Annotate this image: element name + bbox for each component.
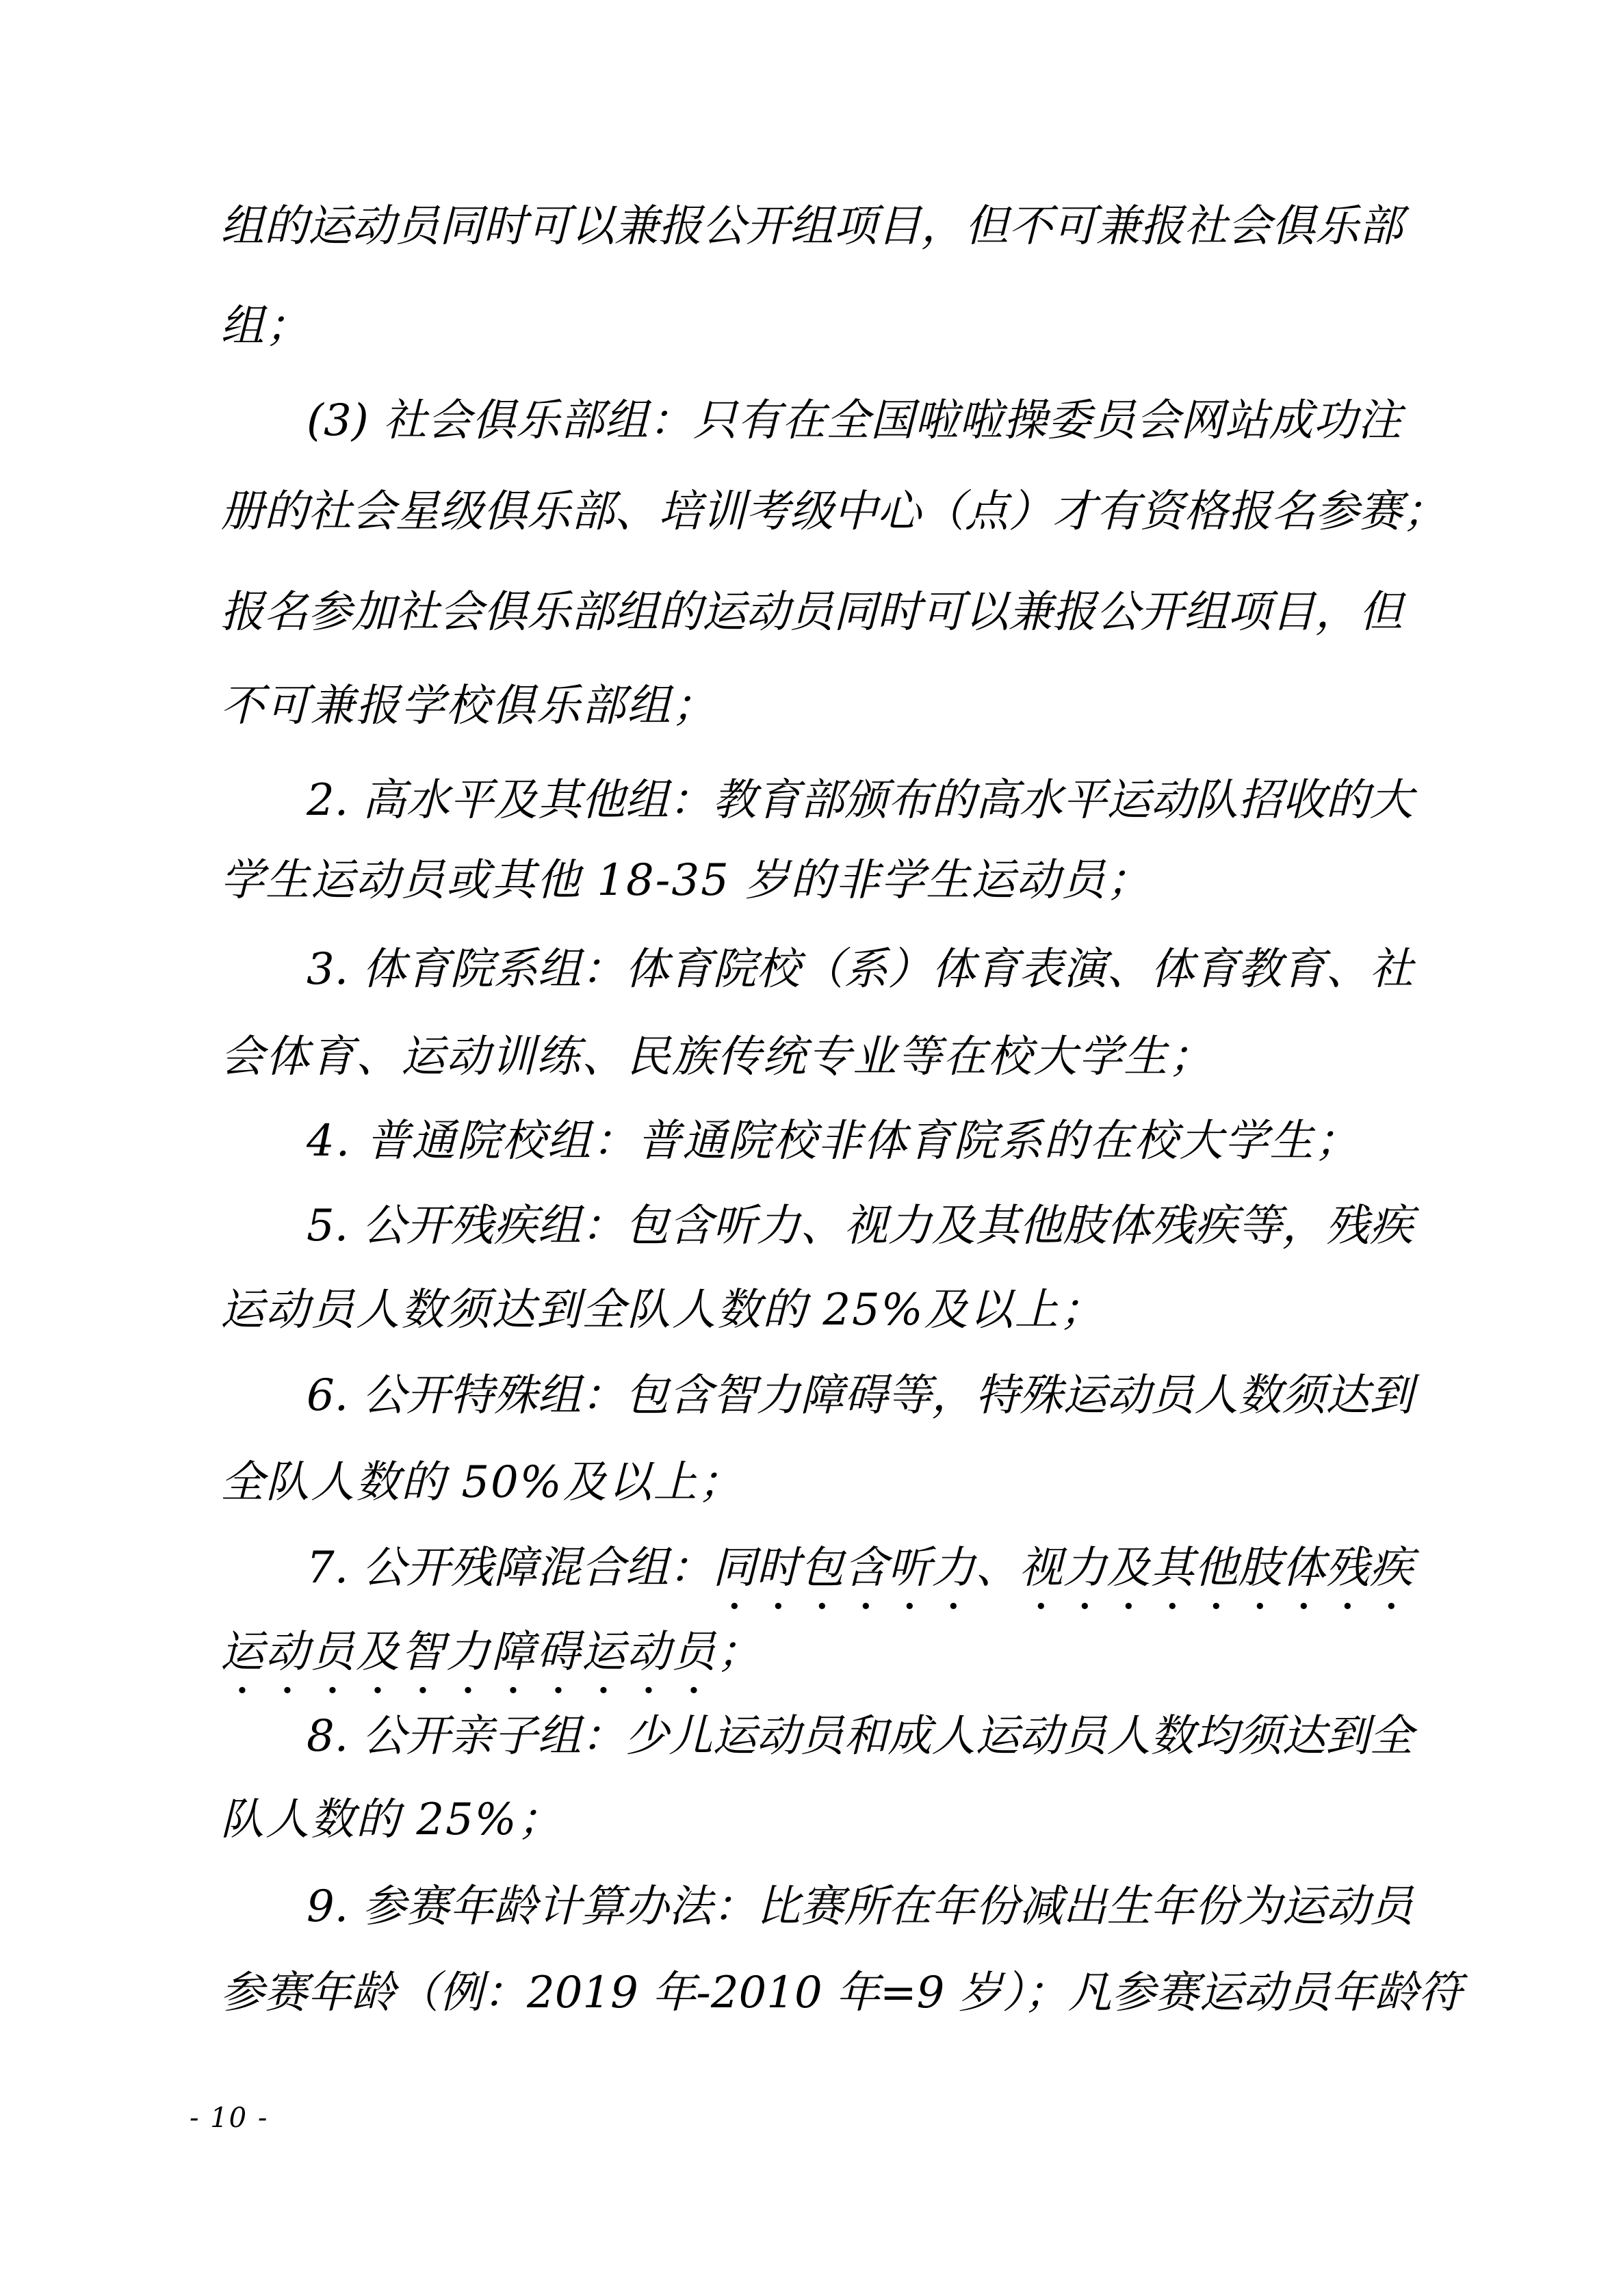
text-segment: 组； (220, 301, 311, 352)
text-segment: 8. 公开亲子组：少儿运动员和成人运动员人数均须达到全 (307, 1711, 1413, 1762)
text-segment: 全队人数的 50%及以上； (220, 1457, 744, 1508)
text-segment: 3. 体育院系组：体育院校（系）体育表演、体育教育、社 (307, 944, 1413, 995)
text-line: 8. 公开亲子组：少儿运动员和成人运动员人数均须达到全 (220, 1692, 1401, 1781)
text-segment: 会体育、运动训练、民族传统专业等在校大学生； (220, 1032, 1214, 1082)
text-segment: 参赛年龄（例：2019 年-2010 年=9 岁）；凡参赛运动员年龄符 (220, 1968, 1462, 2018)
text-segment: 2. 高水平及其他组：教育部颁布的高水平运动队招收的大 (307, 775, 1413, 826)
text-line: 不可兼报学校俱乐部组； (220, 662, 1401, 751)
text-segment: 运动员人数须达到全队人数的 25%及以上； (220, 1285, 1105, 1335)
text-line: 7. 公开残障混合组：同时包含听力、视力及其他肢体残疾 (220, 1524, 1401, 1613)
text-line: 全队人数的 50%及以上； (220, 1438, 1401, 1527)
text-line: 4. 普通院校组：普通院校非体育院系的在校大学生； (220, 1097, 1401, 1186)
text-segment: 学生运动员或其他 18-35 岁的非学生运动员； (220, 855, 1152, 906)
text-line: (3) 社会俱乐部组：只有在全国啦啦操委员会网站成功注 (220, 376, 1401, 465)
text-segment: 4. 普通院校组：普通院校非体育院系的在校大学生； (307, 1116, 1360, 1166)
text-segment: 6. 公开特殊组：包含智力障碍等，特殊运动员人数须达到 (307, 1370, 1413, 1421)
document-page: 组的运动员同时可以兼报公开组项目，但不可兼报社会俱乐部组；(3) 社会俱乐部组：… (0, 0, 1621, 2296)
text-line: 组； (220, 282, 1401, 371)
text-segment: 队人数的 25%； (220, 1795, 563, 1845)
text-segment: 不可兼报学校俱乐部组； (220, 681, 717, 731)
emphasized-text-segment: 运动员及智力障碍运动员 (220, 1627, 717, 1678)
text-segment: ； (717, 1627, 762, 1678)
text-segment: 册的社会星级俱乐部、培训考级中心（点）才有资格报名参赛； (220, 486, 1447, 537)
text-segment: 5. 公开残疾组：包含听力、视力及其他肢体残疾等，残疾 (307, 1201, 1413, 1251)
text-line: 队人数的 25%； (220, 1775, 1401, 1864)
text-line: 运动员人数须达到全队人数的 25%及以上； (220, 1266, 1401, 1355)
text-segment: 9. 参赛年龄计算办法：比赛所在年份减出生年份为运动员 (307, 1881, 1413, 1932)
text-segment: 7. 公开残障混合组： (307, 1543, 712, 1593)
text-line: 9. 参赛年龄计算办法：比赛所在年份减出生年份为运动员 (220, 1862, 1401, 1951)
text-line: 2. 高水平及其他组：教育部颁布的高水平运动队招收的大 (220, 756, 1401, 845)
text-line: 册的社会星级俱乐部、培训考级中心（点）才有资格报名参赛； (220, 467, 1401, 556)
text-line: 3. 体育院系组：体育院校（系）体育表演、体育教育、社 (220, 925, 1401, 1014)
document-body: 组的运动员同时可以兼报公开组项目，但不可兼报社会俱乐部组；(3) 社会俱乐部组：… (0, 0, 1621, 2296)
text-line: 会体育、运动训练、民族传统专业等在校大学生； (220, 1013, 1401, 1101)
page-number-footer: - 10 - (190, 2098, 268, 2139)
text-segment: 组的运动员同时可以兼报公开组项目，但不可兼报社会俱乐部 (220, 201, 1403, 252)
emphasized-text-segment: 同时包含听力、视力及其他肢体残疾 (712, 1543, 1413, 1593)
text-line: 6. 公开特殊组：包含智力障碍等，特殊运动员人数须达到 (220, 1351, 1401, 1440)
text-line: 5. 公开残疾组：包含听力、视力及其他肢体残疾等，残疾 (220, 1182, 1401, 1270)
text-line: 运动员及智力障碍运动员； (220, 1608, 1401, 1697)
text-segment: 报名参加社会俱乐部组的运动员同时可以兼报公开组项目，但 (220, 587, 1403, 638)
text-line: 组的运动员同时可以兼报公开组项目，但不可兼报社会俱乐部 (220, 182, 1401, 271)
text-line: 学生运动员或其他 18-35 岁的非学生运动员； (220, 836, 1401, 925)
text-line: 报名参加社会俱乐部组的运动员同时可以兼报公开组项目，但 (220, 568, 1401, 657)
text-line: 参赛年龄（例：2019 年-2010 年=9 岁）；凡参赛运动员年龄符 (220, 1948, 1401, 2037)
text-segment: (3) 社会俱乐部组：只有在全国啦啦操委员会网站成功注 (307, 395, 1401, 446)
